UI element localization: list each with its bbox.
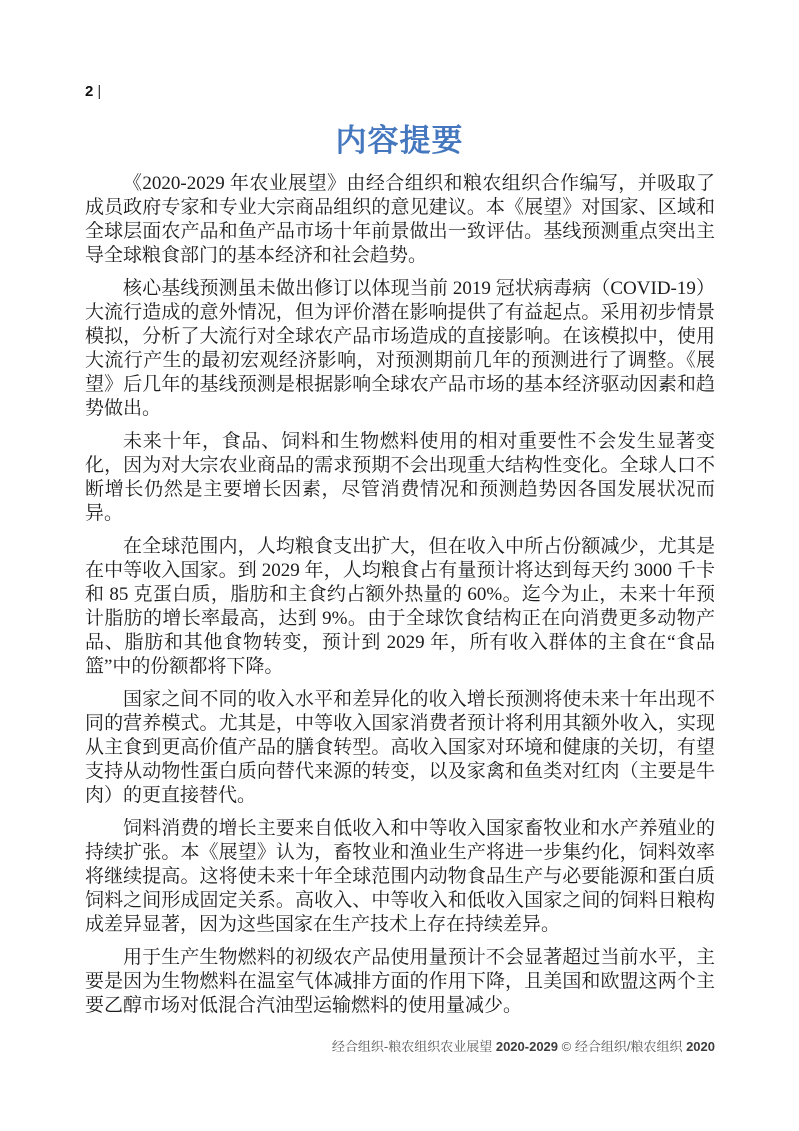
body-paragraph: 《2020-2029 年农业展望》由经合组织和粮农组织合作编写，并吸取了成员政府… (85, 172, 715, 268)
body-paragraph: 未来十年，食品、饲料和生物燃料使用的相对重要性不会发生显著变化，因为对大宗农业商… (85, 430, 715, 526)
body-paragraph: 核心基线预测虽未做出修订以体现当前 2019 冠状病毒病（COVID-19）大流… (85, 277, 715, 421)
body-paragraph: 国家之间不同的收入水平和差异化的收入增长预测将使未来十年出现不同的营养模式。尤其… (85, 688, 715, 808)
body-paragraph: 在全球范围内，人均粮食支出扩大，但在收入中所占份额减少，尤其是在中等收入国家。到… (85, 535, 715, 679)
document-page: 2| 内容提要 《2020-2029 年农业展望》由经合组织和粮农组织合作编写，… (0, 0, 799, 1131)
page-footer: 经合组织-粮农组织农业展望 2020-2029 © 经合组织/粮农组织 2020 (85, 1038, 715, 1056)
body-paragraph: 用于生产生物燃料的初级农产品使用量预计不会显著超过当前水平，主要是因为生物燃料在… (85, 946, 715, 1018)
body-paragraph: 饲料消费的增长主要来自低收入和中等收入国家畜牧业和水产养殖业的持续扩张。本《展望… (85, 817, 715, 937)
page-title: 内容提要 (0, 120, 799, 162)
footer-years: 2020-2029 (496, 1039, 558, 1054)
footer-publication-title: 经合组织-粮农组织农业展望 (332, 1039, 492, 1054)
footer-year: 2020 (686, 1039, 715, 1054)
page-number-separator: | (93, 83, 101, 100)
footer-copyright: © 经合组织/粮农组织 (562, 1039, 683, 1054)
page-header: 2| (85, 82, 101, 102)
document-body: 《2020-2029 年农业展望》由经合组织和粮农组织合作编写，并吸取了成员政府… (85, 172, 715, 1027)
